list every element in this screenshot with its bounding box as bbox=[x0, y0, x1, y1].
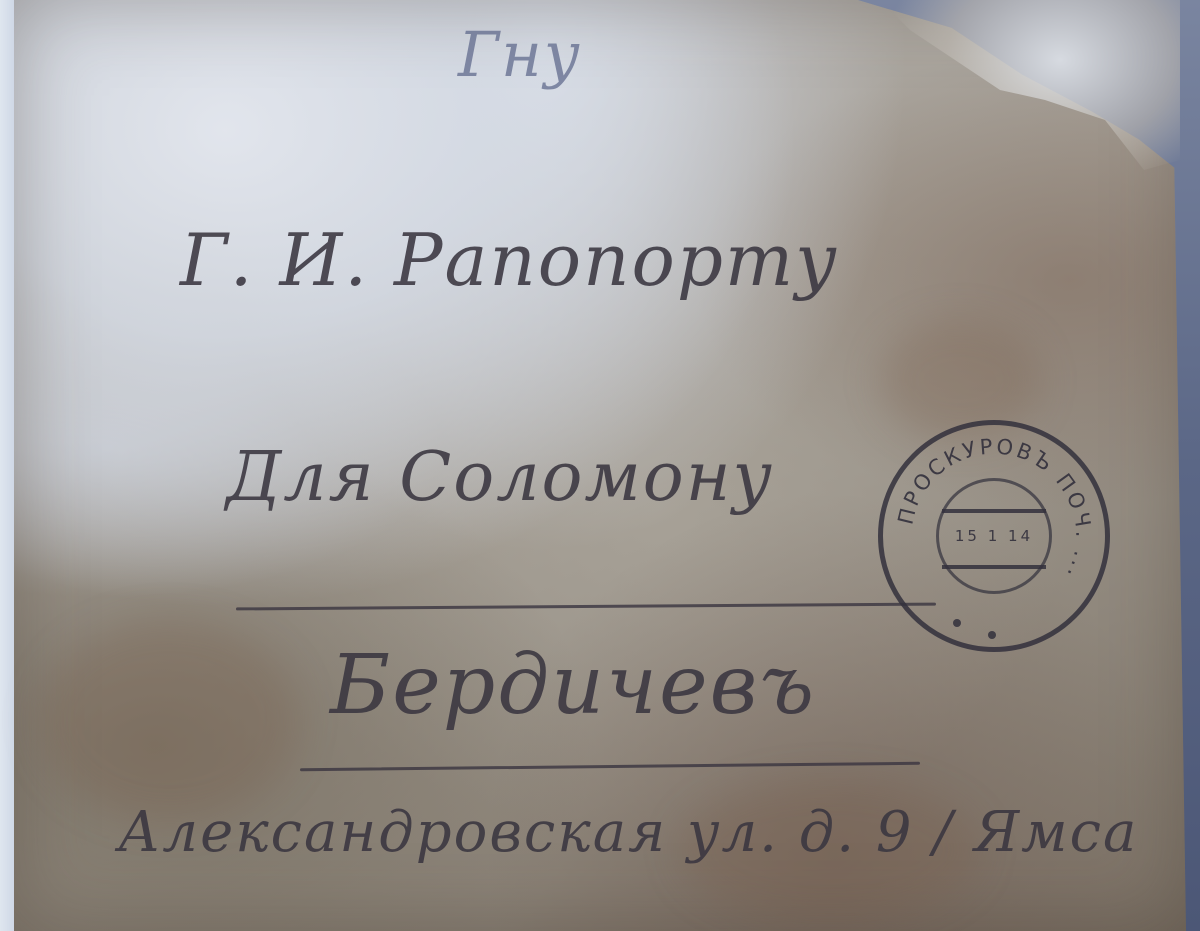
postmark-bar bbox=[942, 565, 1046, 569]
postmark-stamp: ПРОСКУРОВЪ ПОЧ. ... 15 1 14 bbox=[878, 420, 1110, 652]
top-note: Гну bbox=[458, 18, 582, 91]
postmark-dot bbox=[988, 631, 996, 639]
postmark-bar bbox=[942, 509, 1046, 513]
postmark-dot bbox=[953, 619, 961, 627]
street-line: Александровская ул. д. 9 / Ямса bbox=[118, 800, 1138, 865]
city-line: Бердичевъ bbox=[330, 638, 816, 733]
water-stain bbox=[40, 620, 300, 820]
for-line: Для Соломону bbox=[226, 438, 774, 517]
postmark-date: 15 1 14 bbox=[955, 527, 1033, 545]
addressee-line: Г. И. Рапопорту bbox=[180, 218, 839, 302]
